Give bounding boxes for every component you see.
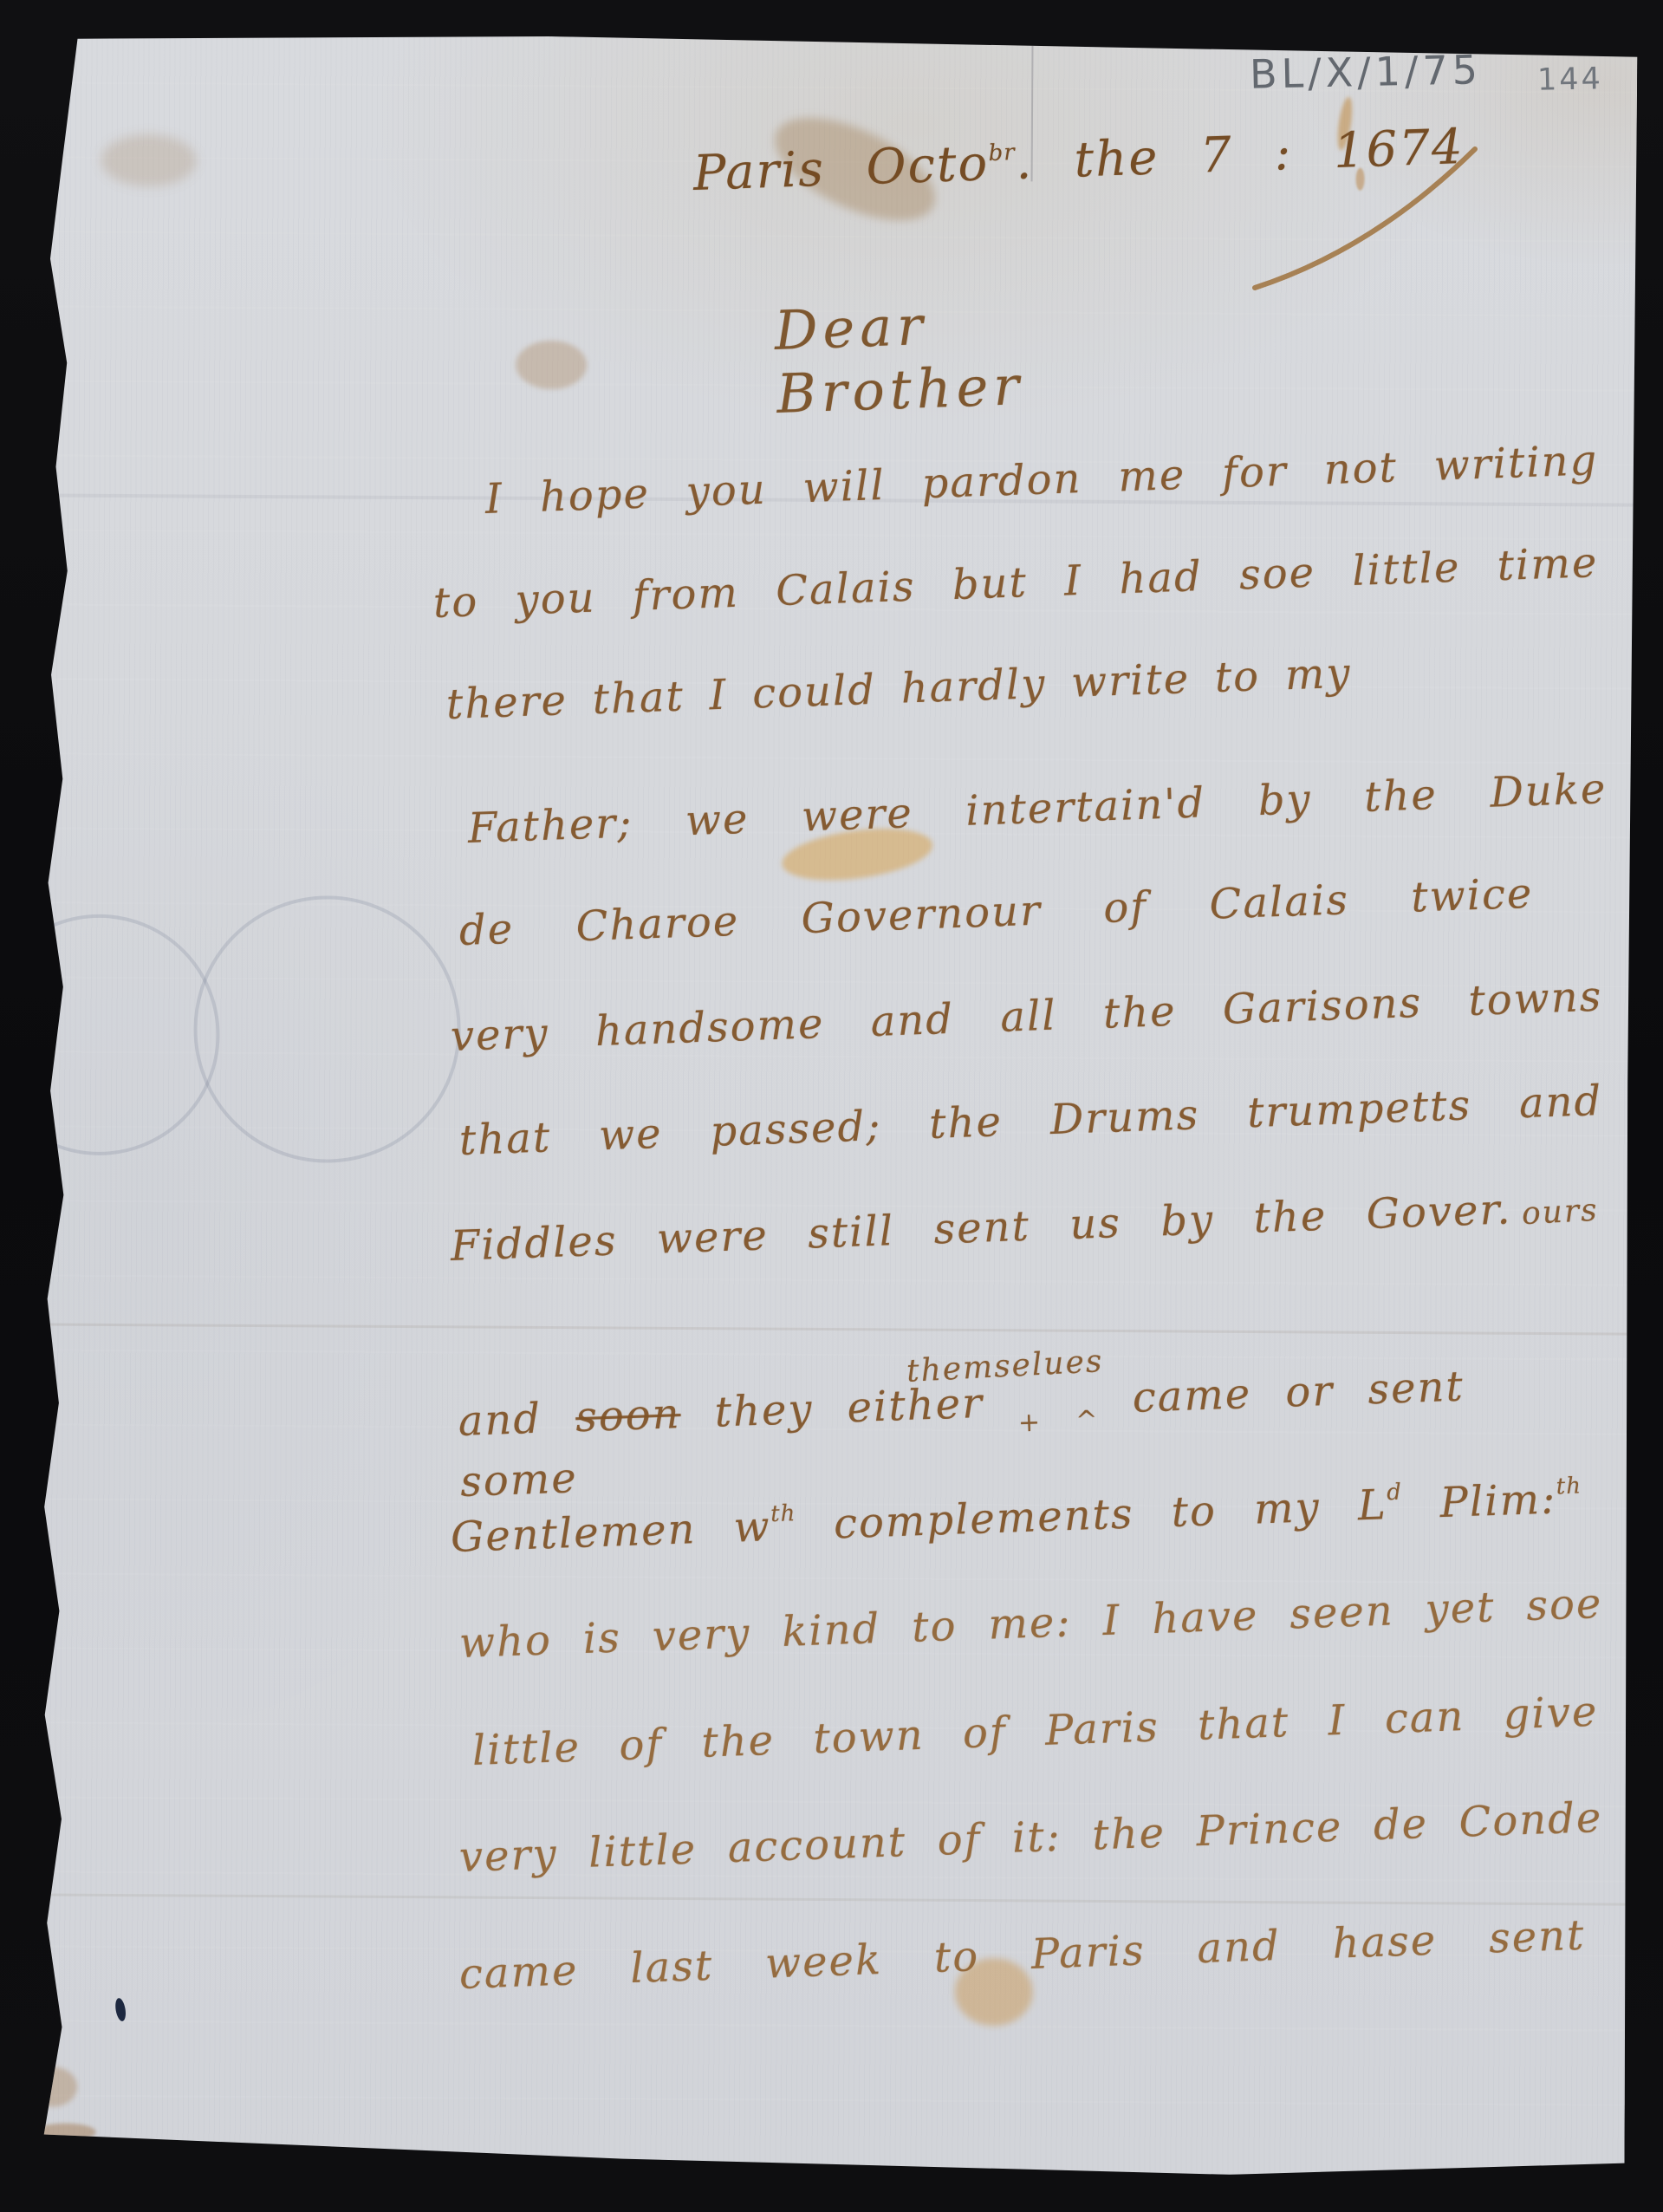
folio-number: 144 [1537, 62, 1604, 98]
line9-text: and [458, 1393, 576, 1446]
faint-stain-top-left [101, 134, 196, 187]
line10-superscript-d: d [1387, 1480, 1403, 1506]
stain-bottom-left-edge [29, 2066, 77, 2106]
horizontal-crease-middle [21, 1323, 1629, 1335]
insertion-ours: ours [1521, 1193, 1600, 1233]
embossed-stamp-circle-right [193, 895, 462, 1164]
line10-superscript-th: th [770, 1500, 796, 1527]
archival-reference: BL/X/1/75 [1249, 46, 1482, 98]
line9-caret-mark: ^ [1075, 1405, 1100, 1436]
salutation: Dear Brother [773, 285, 1176, 426]
line9-plus-mark: + [1017, 1408, 1042, 1439]
photograph-background: BL/X/1/75 144 Paris Octobr. the 7 : 1674… [0, 0, 1663, 2212]
stain-bottom-left-corner [36, 2123, 96, 2140]
ink-blot-salutation [516, 341, 587, 389]
dateline-place-month: Paris Octo [692, 135, 990, 202]
embossed-stamp-circle-left [0, 914, 220, 1156]
dateline-superscript: br [988, 140, 1016, 166]
blue-ink-dot [114, 1997, 127, 2021]
line9-struck-word: soon [575, 1389, 681, 1441]
line10-superscript-th2: th [1556, 1473, 1582, 1500]
line10-text: Plim: [1401, 1474, 1557, 1528]
line9-text: they either [680, 1379, 984, 1438]
horizontal-crease-lower [17, 1893, 1626, 1905]
